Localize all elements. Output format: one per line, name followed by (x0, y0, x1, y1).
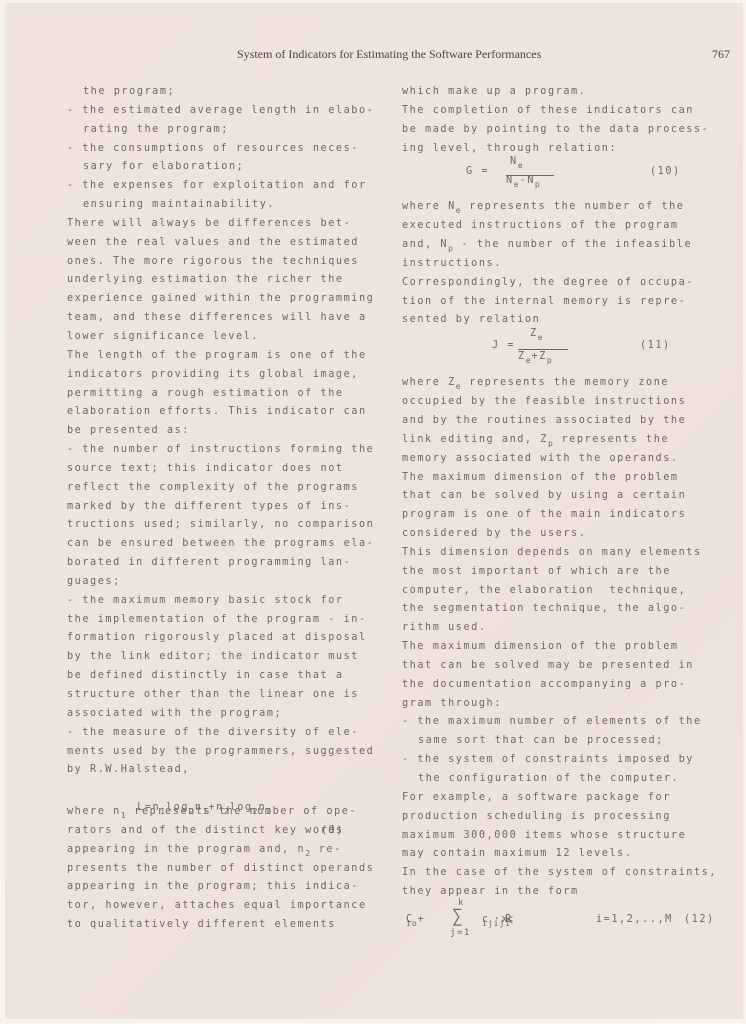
equation-12: Cio+ k ∑ j=1 cij·xij⩽Ri i=1,2,..,M (12) (402, 902, 712, 942)
equation-10: G = Ne Ne-Np (10) (402, 158, 712, 198)
text-line: tion of the internal memory is repre- (402, 293, 712, 312)
text-line: lower significance level. (67, 328, 377, 347)
text-line: executed instructions of the program (402, 217, 712, 236)
text-line: source text; this indicator does not (67, 460, 377, 479)
text-line: marked by the different types of ins- (67, 498, 377, 517)
text-line: formation rigorously placed at disposal (67, 629, 377, 648)
bullet-line: - the number of instructions forming the (67, 441, 377, 460)
text-line: There will always be differences bet- (67, 215, 377, 234)
running-title: System of Indicators for Estimating the … (237, 47, 541, 62)
bullet-line: - the expenses for exploitation and for (67, 177, 377, 196)
text-line: tructions used; similarly, no comparison (67, 516, 377, 535)
bullet-line: - the estimated average length in elabo- (67, 102, 377, 121)
text-line: rating the program; (67, 121, 377, 140)
text-line: rithm used. (402, 619, 712, 638)
text-line: This dimension depends on many elements (402, 544, 712, 563)
text-line: sented by relation (402, 311, 712, 330)
text-line: occupied by the feasible instructions (402, 393, 712, 412)
text-line: the segmentation technique, the algo- (402, 600, 712, 619)
text-line: team, and these differences will have a (67, 309, 377, 328)
equation-number: (11) (640, 340, 671, 351)
text-line: instructions. (402, 255, 712, 274)
text-line: Correspondingly, the degree of occupa- (402, 274, 712, 293)
text-line: experience gained within the programming (67, 290, 377, 309)
text-line: by the link editor; the indicator must (67, 648, 377, 667)
right-column: which make up a program. The completion … (402, 83, 712, 942)
text-line: ensuring maintainability. (67, 196, 377, 215)
bullet-line: - the maximum number of elements of the (402, 713, 712, 732)
bullet-line: - the system of constraints imposed by (402, 751, 712, 770)
text-line: by R.W.Halstead, (67, 761, 377, 780)
equation-number: (9) (321, 822, 344, 841)
text-line: The length of the program is one of the (67, 347, 377, 366)
text-line: appearing in the program; this indica- (67, 878, 377, 897)
text-line: associated with the program; (67, 705, 377, 724)
text-line: The maximum dimension of the problem (402, 469, 712, 488)
page-number: 767 (712, 47, 730, 62)
text-line: For example, a software package for (402, 789, 712, 808)
text-line: sary for elaboration; (67, 158, 377, 177)
text-line: reflect the complexity of the programs (67, 479, 377, 498)
text-line: be made by pointing to the data process- (402, 121, 712, 140)
text-line: ween the real values and the estimated (67, 234, 377, 253)
text-line: where Ze represents the memory zone (402, 374, 712, 393)
text-line: ing level, through relation: (402, 140, 712, 159)
text-line: they appear in the form (402, 883, 712, 902)
text-line: underlying estimation the richer the (67, 271, 377, 290)
text-line: maximum 300,000 items whose structure (402, 827, 712, 846)
text-line: memory associated with the operands. (402, 450, 712, 469)
text-line: be presented as: (67, 422, 377, 441)
equation-11: J = Ze Ze+Zp (11) (402, 330, 712, 374)
text-line: to qualitatively different elements (67, 916, 377, 935)
text-line: the configuration of the computer. (402, 770, 712, 789)
text-line: and, Np - the number of the infeasible (402, 236, 712, 255)
equation-number: (12) (684, 914, 715, 925)
text-line: The maximum dimension of the problem (402, 638, 712, 657)
text-line: considered by the users. (402, 525, 712, 544)
text-line: guages; (67, 573, 377, 592)
text-line: where Ne represents the number of the (402, 198, 712, 217)
text-line: presents the number of distinct operands (67, 860, 377, 879)
bullet-line: - the measure of the diversity of ele- (67, 724, 377, 743)
text-line: ones. The more rigorous the techniques (67, 253, 377, 272)
text-line: tor, however, attaches equal importance (67, 897, 377, 916)
text-line: which make up a program. (402, 83, 712, 102)
scanned-page: System of Indicators for Estimating the … (5, 3, 743, 1019)
equation-9: L=n1log2n1+n2log2n2 (9) (67, 780, 377, 799)
left-column: the program; - the estimated average len… (67, 83, 377, 935)
text-line: computer, the elaboration technique, (402, 582, 712, 601)
text-line: borated in different programming lan- (67, 554, 377, 573)
text-line: the implementation of the program - in- (67, 611, 377, 630)
text-line: indicators providing its global image, (67, 366, 377, 385)
text-line: The completion of these indicators can (402, 102, 712, 121)
text-line: that can be solved by using a certain (402, 487, 712, 506)
equation-number: (10) (650, 166, 681, 177)
text-line: production scheduling is processing (402, 808, 712, 827)
text-line: and by the routines associated by the (402, 412, 712, 431)
text-line: be defined distinctly in case that a (67, 667, 377, 686)
text-line: gram through: (402, 695, 712, 714)
text-line: same sort that can be processed; (402, 732, 712, 751)
text-line: the documentation accompanying a pro- (402, 676, 712, 695)
text-line: that can be solved may be presented in (402, 657, 712, 676)
text-line: the most important of which are the (402, 563, 712, 582)
bullet-line: - the consumptions of resources neces- (67, 140, 377, 159)
bullet-line: - the maximum memory basic stock for (67, 592, 377, 611)
text-line: the program; (67, 83, 377, 102)
fraction-bar (518, 349, 568, 350)
text-line: link editing and, Zp represents the (402, 431, 712, 450)
text-line: In the case of the system of constraints… (402, 864, 712, 883)
text-line: ments used by the programmers, suggested (67, 743, 377, 762)
text-line: program is one of the main indicators (402, 506, 712, 525)
text-line: structure other than the linear one is (67, 686, 377, 705)
text-line: permitting a rough estimation of the (67, 385, 377, 404)
text-line: elaboration efforts. This indicator can (67, 403, 377, 422)
summation-sign: ∑ (452, 906, 464, 927)
text-line: may contain maximum 12 levels. (402, 845, 712, 864)
text-line: can be ensured between the programs ela- (67, 535, 377, 554)
